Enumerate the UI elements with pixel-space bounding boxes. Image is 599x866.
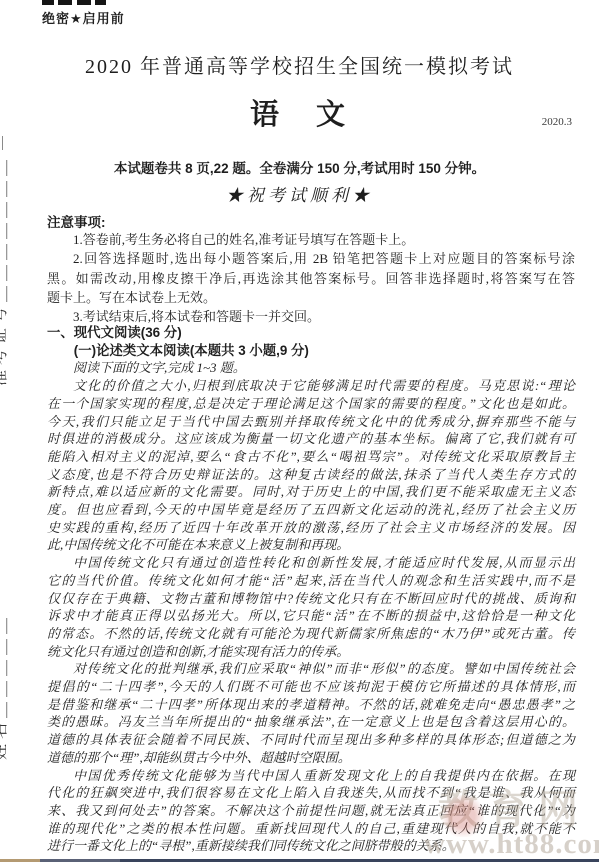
notice-item-1: 1.答卷前,考生务必将自己的姓名,准考证号填写在答题卡上。 (47, 230, 575, 249)
margin-name-field: 姓名＿＿＿＿＿ (8, 588, 38, 760)
passage-line: 诉求中才能真正得以弘扬光大。所以,它只能“活”在不断的损益中,这恰恰是一种文化 (47, 607, 575, 625)
passage-line: 是借鉴和继承“二十四孝”所体现出来的孝道精神。不然的话,就难免走向“愚忠愚孝”之 (47, 696, 575, 714)
passage-line: 统文化只有通过创造和创新,才能实现有活力的传承。 (47, 643, 575, 661)
good-luck-line: ★祝考试顺利★ (0, 181, 599, 206)
notice-item-2-line-2: 黑。如需改动,用橡皮擦干净后,再选涂其他答案标号。回答非选择题时,将答案写在答 (47, 269, 575, 288)
passage-line: 仅仅存在于典籍、文物古董和博物馆中?传统文化只有在不断回应时代的挑战、质询和 (47, 590, 575, 608)
cropped-print-artifact (42, 0, 106, 5)
passage-line: 它的当代价值。传统文化如何才能“活”起来,活在当代人的观念和生活实践中,而不是 (47, 572, 575, 590)
passage-line: 进行一番文化上的“寻根”,重新接续我们同传统文化之间脐带般的关系。 (47, 837, 575, 855)
passage-paragraph-4: 中国优秀传统文化能够为当代中国人重新发现文化上的自我提供内在依据。在现 代化的狂… (47, 767, 575, 856)
passage-instruction: 阅读下面的文字,完成 1~3 题。 (47, 359, 575, 377)
subsection-heading-argumentative-text: (一)论述类文本阅读(本题共 3 小题,9 分) (47, 342, 575, 360)
passage-line: 义态度,也是不符合历史辩证法的。这种复古读经的做法,抹杀了当代人类生存方式的 (47, 466, 575, 484)
exam-paper-page: 绝密★启用前 准考证号＿＿＿＿＿＿＿ 姓名＿＿＿＿＿ 2020 年普通高等学校招… (0, 0, 599, 866)
name-label: 姓名＿＿＿＿＿ (0, 613, 10, 760)
passage-line: 中国传统文化只有通过创造性转化和创新性发展,才能适应时代发展,从而显示出 (47, 554, 575, 572)
exam-title: 2020 年普通高等学校招生全国统一模拟考试 (0, 50, 599, 79)
passage-line: 度。但也应看到,今天的中国毕竟是经历了五四新文化运动的洗礼,经历了社会主义历 (47, 501, 575, 519)
passage-line: 来、我又到何处去”的答案。不解决这个前提性问题,就无法真正回应“谁的现代化”“为 (47, 802, 575, 820)
passage-paragraph-2: 中国传统文化只有通过创造性转化和创新性发展,才能适应时代发展,从而显示出 它的当… (47, 554, 575, 660)
notice-heading: 注意事项: (47, 211, 106, 231)
passage-line: 类的愚昧。冯友兰当年所提出的“抽象继承法”,在一定意义上也是包含着这层用心的。 (47, 713, 575, 731)
exam-date: 2020.3 (0, 116, 572, 128)
passage-line: 谁的现代化”之类的根本性问题。重新找回现代人的自己,重建现代人的自我,就不能不 (47, 820, 575, 838)
passage-line: 的常态。不然的话,传统文化就有可能沦为现代新儒家所焦虑的“木乃伊”或死古董。传 (47, 625, 575, 643)
passage-line: 此,中国传统文化不可能在本来意义上被复制和再现。 (47, 536, 575, 554)
passage-paragraph-3: 对传统文化的批判继承,我们应采取“神似”而非“形似”的态度。譬如中国传统社会 提… (47, 660, 575, 766)
passage-paragraph-1: 文化的价值之大小,归根到底取决于它能够满足时代需要的程度。马克思说:“理论 在一… (47, 377, 575, 554)
security-classification-label: 绝密★启用前 (42, 8, 125, 27)
passage-line: 在一个国家实现的程度,总是决定于理论满足这个国家的需要的程度。”文化也是如此。 (47, 395, 575, 413)
passage-line: 时俱进的消极成分。这应该成为衡量一切文化遗产的基本坐标。偏离了它,我们就有可 (47, 430, 575, 448)
passage-line: 史实践的重构,经历了近四十年改革开放的激荡,经历了社会主义市场经济的发展。因 (47, 519, 575, 537)
passage-line: 中国优秀传统文化能够为当代中国人重新发现文化上的自我提供内在依据。在现 (47, 767, 575, 785)
passage-line: 新特点,难以适应新的文化需要。同时,对于历史上的中国,我们更不能采取虚无主义态 (47, 483, 575, 501)
section-heading-modern-reading: 一、现代文阅读(36 分) (47, 324, 575, 342)
passage-line: 能陷入相对主义的泥淖,要么“食古不化”,要么“喝祖骂宗”。对传统文化采取原教旨主 (47, 448, 575, 466)
passage-line: 代化的狂飙突进中,我们很容易在文化上陷入自我迷失,从而找不到“我是谁、我从何而 (47, 784, 575, 802)
page-bottom-border (0, 859, 599, 862)
passage-line: 道德的那个“理”,却能纵贯古今中外、超越时空限囿。 (47, 749, 575, 767)
passage-line: 道德的具体表征会随着不同民族、不同时代而呈现出多种多样的具体形态;但道德之为 (47, 731, 575, 749)
passage-line: 对传统文化的批判继承,我们应采取“神似”而非“形似”的态度。譬如中国传统社会 (47, 660, 575, 678)
passage-line: 提倡的“二十四孝”,今天的人们既不可能也不应该拘泥于模仿它所描述的具体情形,而 (47, 678, 575, 696)
notice-item-2-line-1: 2.回答选择题时,选出每小题答案后,用 2B 铅笔把答题卡上对应题目的答案标号涂 (47, 249, 575, 268)
passage-line: 今天,我们只能立足于当代中国去甄别并择取传统文化中的优秀成分,摒弃那些不能与 (47, 413, 575, 431)
passage-line: 文化的价值之大小,归根到底取决于它能够满足时代需要的程度。马克思说:“理论 (47, 377, 575, 395)
scan-edge-mark (2, 136, 3, 150)
notice-item-2-line-3: 题卡上。写在本试卷上无效。 (47, 288, 575, 307)
reading-section: 一、现代文阅读(36 分) (一)论述类文本阅读(本题共 3 小题,9 分) 阅… (47, 324, 575, 855)
paper-info-line: 本试题卷共 8 页,22 题。全卷满分 150 分,考试用时 150 分钟。 (0, 157, 599, 177)
notice-list: 1.答卷前,考生务必将自己的姓名,准考证号填写在答题卡上。 2.回答选择题时,选… (47, 230, 575, 326)
